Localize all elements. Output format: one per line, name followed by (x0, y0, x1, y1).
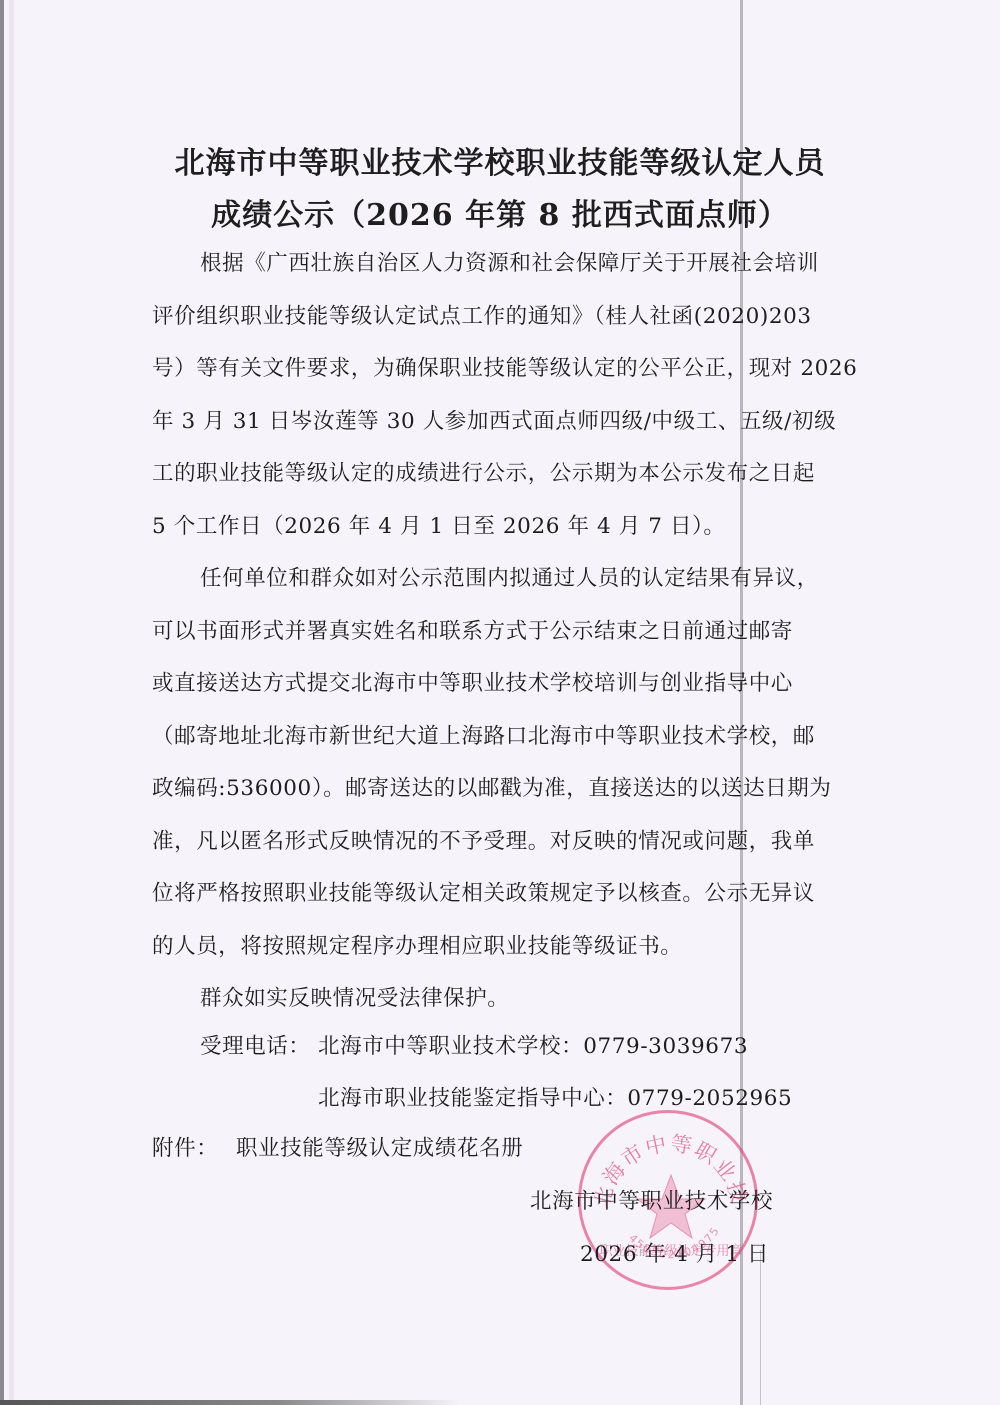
paragraph-1-line: 5 个工作日（2026 年 4 月 1 日至 2026 年 4 月 7 日）。 (152, 509, 852, 540)
contact-phone-school: 北海市中等职业技术学校：0779-3039673 (318, 1029, 1000, 1060)
signature-date: 2026 年 4 月 1 日 (580, 1237, 769, 1268)
paragraph-1-line: 号）等有关文件要求，为确保职业技能等级认定的公平公正，现对 2026 (152, 351, 852, 382)
paragraph-2-line: 或直接送达方式提交北海市中等职业技术学校培训与创业指导中心 (152, 666, 852, 697)
paragraph-2-line: 政编码:536000）。邮寄送达的以邮戳为准，直接送达的以送达日期为 (152, 771, 852, 802)
document-title-line-1: 北海市中等职业技术学校职业技能等级认定人员 (0, 138, 1000, 182)
paragraph-1-line: 年 3 月 31 日岑汝莲等 30 人参加西式面点师四级/中级工、五级/初级 (152, 404, 852, 435)
paragraph-2-line: 可以书面形式并署真实姓名和联系方式于公示结束之日前通过邮寄 (152, 614, 852, 645)
contact-label: 受理电话： (200, 1029, 311, 1060)
document-title-line-2: 成绩公示（2026 年第 8 批西式面点师） (0, 190, 1000, 234)
paragraph-3: 群众如实反映情况受法律保护。 (200, 981, 900, 1012)
scan-edge-bottom (0, 1400, 460, 1405)
paragraph-1-line: 评价组织职业技能等级认定试点工作的通知》（桂人社函(2020)203 (152, 299, 852, 330)
signature-organization: 北海市中等职业技术学校 (530, 1184, 773, 1215)
paragraph-2-line: 准，凡以匿名形式反映情况的不予受理。对反映的情况或问题，我单 (152, 824, 852, 855)
paragraph-2-line: （邮寄地址北海市新世纪大道上海路口北海市中等职业技术学校，邮 (152, 719, 852, 750)
paragraph-2-line: 任何单位和群众如对公示范围内拟通过人员的认定结果有异议， (200, 561, 900, 592)
contact-phone-center: 北海市职业技能鉴定指导中心：0779-2052965 (318, 1081, 1000, 1112)
attachment-label: 附件： (152, 1131, 218, 1162)
paragraph-2-line: 的人员，将按照规定程序办理相应职业技能等级证书。 (152, 929, 852, 960)
paragraph-1-line: 工的职业技能等级认定的成绩进行公示，公示期为本公示发布之日起 (152, 456, 852, 487)
paragraph-1-line: 根据《广西壮族自治区人力资源和社会保障厅关于开展社会培训 (200, 246, 900, 277)
paragraph-2-line: 位将严格按照职业技能等级认定相关政策规定予以核查。公示无异议 (152, 876, 852, 907)
